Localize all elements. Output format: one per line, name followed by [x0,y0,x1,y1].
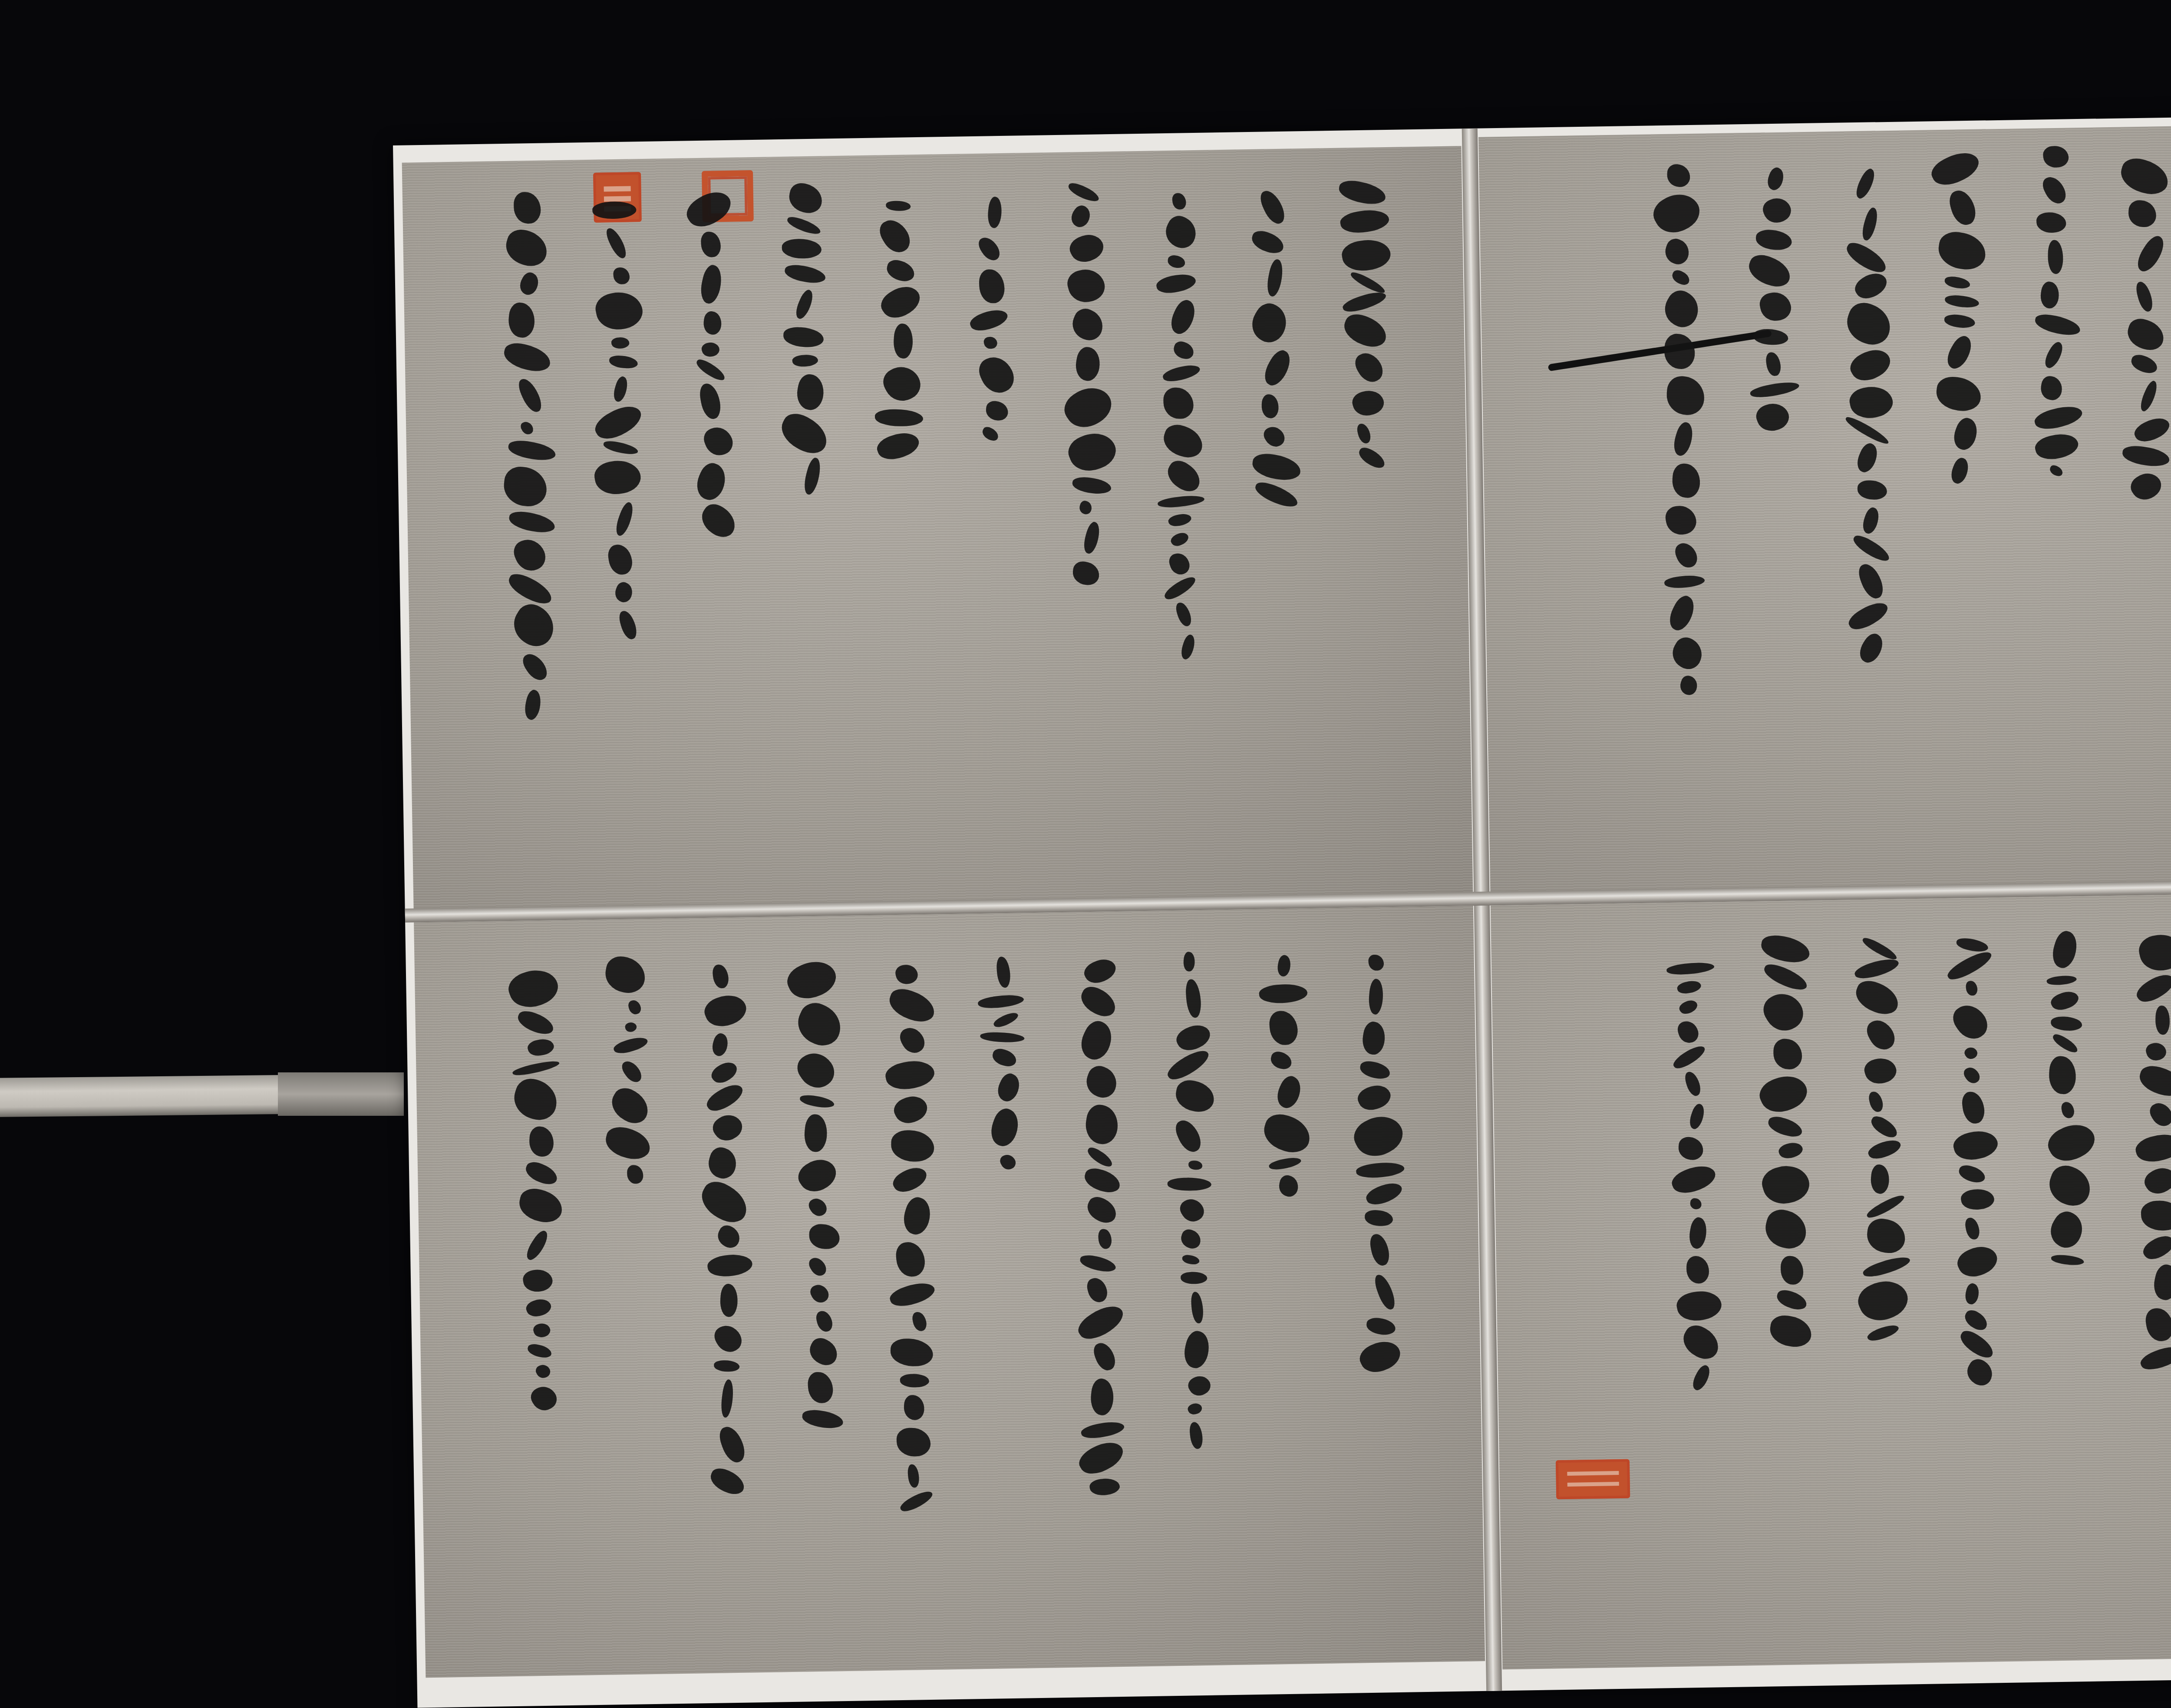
ink-stroke [627,999,642,1016]
ink-stroke [524,1296,553,1319]
ink-stroke [1073,346,1102,382]
ink-stroke [1171,340,1196,362]
ink-stroke [508,509,557,535]
ink-stroke [611,336,630,350]
ink-stroke [1186,1401,1204,1416]
ink-stroke [1950,415,1982,453]
ink-stroke [1250,452,1302,482]
ink-stroke [1059,379,1118,435]
ink-stroke [1678,674,1700,697]
calligraphy-column [789,184,824,495]
ink-stroke [1167,511,1192,528]
ink-stroke [878,360,925,407]
ink-stroke [888,1278,937,1311]
ink-stroke [2046,974,2077,986]
ink-stroke [1845,597,1891,635]
ink-stroke [603,1124,653,1162]
ink-stroke [709,1109,747,1146]
ink-stroke [1169,530,1190,549]
ink-stroke [714,1360,739,1372]
ink-stroke [1364,1178,1405,1209]
ink-stroke [523,689,544,721]
ink-stroke [1085,1276,1109,1305]
ink-stroke [1159,421,1206,462]
ink-stroke [1853,441,1881,475]
calligraphy-column [1943,155,1979,485]
ink-stroke [1079,1253,1118,1273]
ink-stroke [1963,1283,1981,1306]
ink-stroke [698,264,725,305]
calligraphy-column [696,194,731,535]
ink-stroke [1960,1187,1995,1212]
calligraphy-column [1349,182,1384,465]
ink-stroke [815,1309,834,1333]
ink-stroke [505,570,556,608]
ink-stroke [1765,352,1782,377]
ink-stroke [1356,445,1388,471]
ink-stroke [1866,1136,1903,1163]
ink-stroke [1669,1160,1719,1198]
ink-stroke [2121,444,2171,468]
ink-stroke [1074,1299,1128,1346]
calligraphy-column [1757,168,1791,431]
calligraphy-column [521,970,558,1410]
ink-stroke [603,954,648,996]
calligraphy-column [894,964,934,1507]
ink-stroke [807,1255,829,1279]
ink-stroke [507,301,537,339]
ink-stroke [1671,463,1702,499]
ink-stroke [527,1036,556,1058]
ink-stroke [1745,251,1795,291]
ink-stroke [1762,961,1810,993]
ink-stroke [1181,1329,1213,1371]
ink-stroke [1173,1019,1214,1055]
ink-stroke [1659,286,1705,332]
ink-stroke [875,215,914,257]
ink-stroke [980,1032,1024,1043]
ink-stroke [885,985,939,1026]
ink-stroke [1260,347,1295,389]
calligraphy-column [1174,952,1212,1449]
ink-stroke [1174,601,1193,628]
ink-stroke [903,1395,925,1421]
ink-stroke [994,1071,1024,1105]
ink-stroke [1864,1016,1899,1054]
ink-stroke [528,1382,560,1415]
ink-stroke [522,1267,554,1294]
ink-stroke [1162,573,1198,603]
ink-stroke [532,1322,552,1339]
ink-stroke [1944,314,1976,329]
ink-stroke [1945,947,1994,984]
ink-stroke [1662,236,1693,267]
ink-stroke [1359,1059,1392,1081]
ink-stroke [1666,164,1691,188]
ink-stroke [1843,415,1891,447]
ink-stroke [2124,315,2167,353]
ink-stroke [2039,375,2064,402]
ink-stroke [708,1058,740,1087]
ink-stroke [1368,1233,1391,1267]
ink-stroke [1868,1113,1900,1141]
ink-stroke [1076,1017,1118,1064]
ink-stroke [1181,1254,1200,1265]
panel-top-right [1478,119,2171,892]
ink-stroke [1260,423,1287,451]
ink-stroke [692,459,731,504]
ink-stroke [617,609,639,641]
ink-stroke [1177,1195,1208,1226]
ink-stroke [1677,1136,1704,1161]
ink-stroke [808,1281,831,1306]
ink-stroke [2144,1040,2168,1063]
ink-stroke [1368,954,1385,972]
calligraphy-column [1862,944,1899,1339]
ink-stroke [1161,362,1201,385]
calligraphy-column [1676,963,1713,1391]
ink-stroke [1755,229,1793,251]
ink-stroke [1663,574,1705,590]
ink-stroke [2138,1342,2171,1374]
ink-stroke [506,598,561,653]
ink-stroke [1360,1020,1388,1056]
ink-stroke [2128,199,2157,228]
ink-stroke [1676,979,1702,996]
ink-stroke [711,1321,746,1357]
calligraphy-column [1956,939,1993,1385]
ink-stroke [875,409,923,426]
ink-stroke [502,226,551,270]
ink-stroke [883,1056,936,1093]
ink-stroke [1780,1256,1803,1284]
ink-stroke [1855,630,1888,666]
ink-stroke [1340,310,1390,351]
ink-stroke [1269,1050,1294,1071]
ink-stroke [1276,954,1293,978]
ink-stroke [1766,1114,1805,1140]
ink-stroke [602,439,639,456]
ink-stroke [783,954,841,1006]
ink-stroke [609,355,638,369]
ink-stroke [1067,203,1094,231]
ink-stroke [695,1176,754,1229]
ink-stroke [611,375,630,403]
calligraphy-column [2130,160,2166,499]
ink-stroke [1183,951,1196,972]
ink-stroke [1072,476,1112,495]
ink-stroke [613,580,636,605]
ink-stroke [507,439,557,462]
ink-stroke [1188,1161,1203,1170]
calligraphy-column [2142,934,2171,1367]
ink-stroke [897,1024,928,1057]
ink-stroke [1340,236,1393,274]
ink-stroke [701,989,750,1032]
ink-stroke [2049,988,2081,1014]
ink-stroke [884,257,916,284]
ink-stroke [1189,1421,1203,1449]
ink-stroke [627,1165,643,1184]
ink-stroke [1259,982,1308,1005]
ink-stroke [1277,1174,1300,1198]
calligraphy-column [882,201,917,458]
ink-stroke [2147,1099,2171,1130]
ink-stroke [801,1408,844,1430]
ink-stroke [1862,1055,1899,1087]
ink-stroke [2049,929,2081,971]
ink-stroke [1167,297,1200,337]
ink-stroke [2132,233,2169,275]
ink-stroke [1957,1327,1997,1362]
ink-stroke [2039,280,2061,310]
calligraphy-sheet [393,111,2171,1708]
ink-stroke [700,231,721,258]
ink-stroke [719,1283,739,1317]
ink-stroke [1160,212,1201,253]
ink-stroke [2117,155,2171,198]
ink-stroke [803,1114,829,1153]
ink-stroke [1339,207,1390,236]
ink-stroke [1098,1228,1112,1249]
ink-stroke [2136,1063,2171,1100]
ink-stroke [2043,1117,2100,1169]
ink-stroke [1861,935,1899,962]
ink-stroke [1261,394,1279,419]
ink-stroke [1673,540,1700,570]
ink-stroke [1351,349,1386,387]
ink-stroke [512,1058,561,1078]
ink-stroke [1167,1177,1211,1192]
ink-stroke [1162,456,1205,496]
ink-stroke [1775,1288,1809,1312]
ink-stroke [716,1424,748,1466]
ink-stroke [1689,1198,1702,1210]
ink-stroke [2051,1032,2080,1055]
ink-stroke [514,191,541,223]
ink-stroke [986,1106,1023,1150]
ink-stroke [907,1464,920,1488]
ink-stroke [2151,1263,2171,1302]
ink-stroke [2036,211,2066,233]
ink-stroke [990,1047,1018,1069]
calligraphy-column [1256,189,1291,503]
calligraphy-column [602,201,640,640]
ink-stroke [2051,1254,2085,1266]
ink-stroke [1965,980,1977,996]
ink-stroke [1665,375,1706,416]
ink-stroke [592,457,643,498]
ink-stroke [2044,1207,2089,1253]
ink-stroke [1355,1080,1394,1115]
ink-stroke [1868,1090,1885,1113]
ink-stroke [1167,551,1191,577]
ink-stroke [2061,1101,2075,1119]
ink-stroke [613,501,637,538]
calligraphy-column [1769,936,1806,1346]
ink-stroke [1670,268,1692,287]
ink-stroke [877,280,925,324]
ink-stroke [1068,305,1108,344]
ink-stroke [1356,422,1372,445]
ink-stroke [1172,193,1187,211]
ink-stroke [1855,561,1886,601]
calligraphy-column [801,962,839,1427]
calligraphy-column [976,197,1010,439]
ink-stroke [874,428,922,465]
ink-stroke [2138,379,2161,413]
ink-stroke [1337,178,1387,207]
ink-stroke [1173,1078,1217,1114]
ink-stroke [1273,1073,1305,1111]
ink-stroke [526,1343,552,1359]
ink-stroke [891,1130,935,1162]
ink-stroke [2044,1161,2096,1211]
ink-stroke [2129,353,2160,376]
ink-stroke [2136,930,2171,975]
ink-stroke [1065,265,1109,307]
ink-stroke [1268,1009,1299,1045]
ink-stroke [792,353,819,368]
calligraphy-column [1850,168,1888,663]
ink-stroke [510,534,550,576]
ink-stroke [992,1010,1020,1030]
ink-stroke [2042,145,2069,169]
ink-stroke [1665,593,1699,634]
ink-stroke [1687,1103,1707,1131]
ink-stroke [1663,333,1696,370]
ink-stroke [1870,1164,1891,1194]
ink-stroke [1851,976,1903,1019]
panel-bottom-left [414,906,1485,1678]
ink-stroke [976,234,1003,264]
ink-stroke [1687,1216,1709,1250]
ink-stroke [975,351,1019,398]
ink-stroke [2132,413,2171,446]
ink-stroke [509,1075,562,1124]
ink-stroke [900,1194,935,1237]
ink-stroke [2144,1306,2171,1343]
ink-stroke [1066,229,1108,267]
ink-stroke [896,1427,930,1457]
ink-stroke [520,650,551,685]
ink-stroke [2048,464,2064,478]
ink-stroke [1851,532,1893,564]
ink-stroke [1185,1372,1214,1400]
ink-stroke [1355,1160,1405,1180]
ink-stroke [1089,1477,1120,1497]
ink-stroke [1064,426,1121,477]
ink-stroke [2048,1055,2077,1095]
ink-stroke [1089,1378,1115,1416]
ink-stroke [1961,1090,1986,1124]
ink-stroke [1082,1063,1121,1101]
ink-stroke [505,963,563,1014]
ink-stroke [1948,456,1971,486]
ink-stroke [2033,430,2081,464]
ink-stroke [1246,299,1294,348]
ink-stroke [1841,298,1896,350]
ink-stroke [528,1126,554,1157]
ink-stroke [1858,480,1887,500]
ink-stroke [1962,1065,1982,1086]
ink-stroke [1675,1287,1724,1324]
ink-stroke [612,1034,649,1057]
ink-stroke [1934,375,1983,413]
ink-stroke [1851,267,1891,304]
ink-stroke [983,335,998,350]
ink-stroke [890,1162,930,1197]
ink-stroke [1678,997,1700,1017]
ink-stroke [501,340,553,374]
ink-stroke [783,326,824,348]
ink-stroke [911,1310,927,1332]
ink-stroke [2034,312,2082,337]
ink-stroke [977,992,1025,1010]
ink-stroke [696,500,741,542]
ink-stroke [698,382,723,420]
ink-stroke [1341,288,1388,316]
ink-stroke [1350,387,1386,419]
ink-stroke [1953,1240,2001,1283]
ink-stroke [1253,479,1301,510]
ink-stroke [1179,633,1198,660]
ink-stroke [1081,521,1102,555]
ink-stroke [700,423,736,459]
ink-stroke [591,399,645,445]
ink-stroke [891,1091,931,1128]
ink-stroke [895,1241,926,1278]
ink-stroke [606,1083,654,1128]
ink-stroke [1865,1192,1907,1221]
calligraphy-column [1069,187,1105,585]
ink-stroke [1066,181,1101,204]
calligraphy-column [1162,193,1200,659]
calligraphy-column [2036,146,2072,476]
ink-stroke [1758,290,1794,324]
ink-stroke [624,1020,638,1033]
ink-stroke [519,419,535,436]
ink-stroke [1956,937,1989,953]
ink-stroke [1157,493,1205,510]
ink-stroke [1853,167,1878,201]
ink-stroke [1091,1340,1118,1373]
ink-stroke [1083,1103,1121,1146]
ink-stroke [1165,1045,1212,1085]
ink-stroke [2042,340,2066,370]
ink-stroke [1670,421,1696,458]
ink-stroke [996,956,1011,988]
ink-stroke [2032,402,2084,433]
ink-stroke [1664,504,1698,537]
ink-stroke [593,288,645,333]
ink-stroke [1761,1207,1810,1253]
ink-stroke [1765,166,1787,192]
ink-stroke [1957,1164,1987,1185]
ink-stroke [968,305,1010,335]
ink-stroke [998,1152,1018,1172]
ink-stroke [1349,270,1387,296]
panel-bottom-right [1491,888,2171,1669]
ink-stroke [2135,280,2155,313]
ink-stroke [1368,978,1385,1015]
ink-stroke [1268,1155,1302,1171]
ink-stroke [1082,1166,1122,1196]
ink-stroke [886,201,911,211]
ink-stroke [985,400,1009,421]
ink-stroke [1356,1335,1405,1378]
ink-stroke [786,181,825,216]
